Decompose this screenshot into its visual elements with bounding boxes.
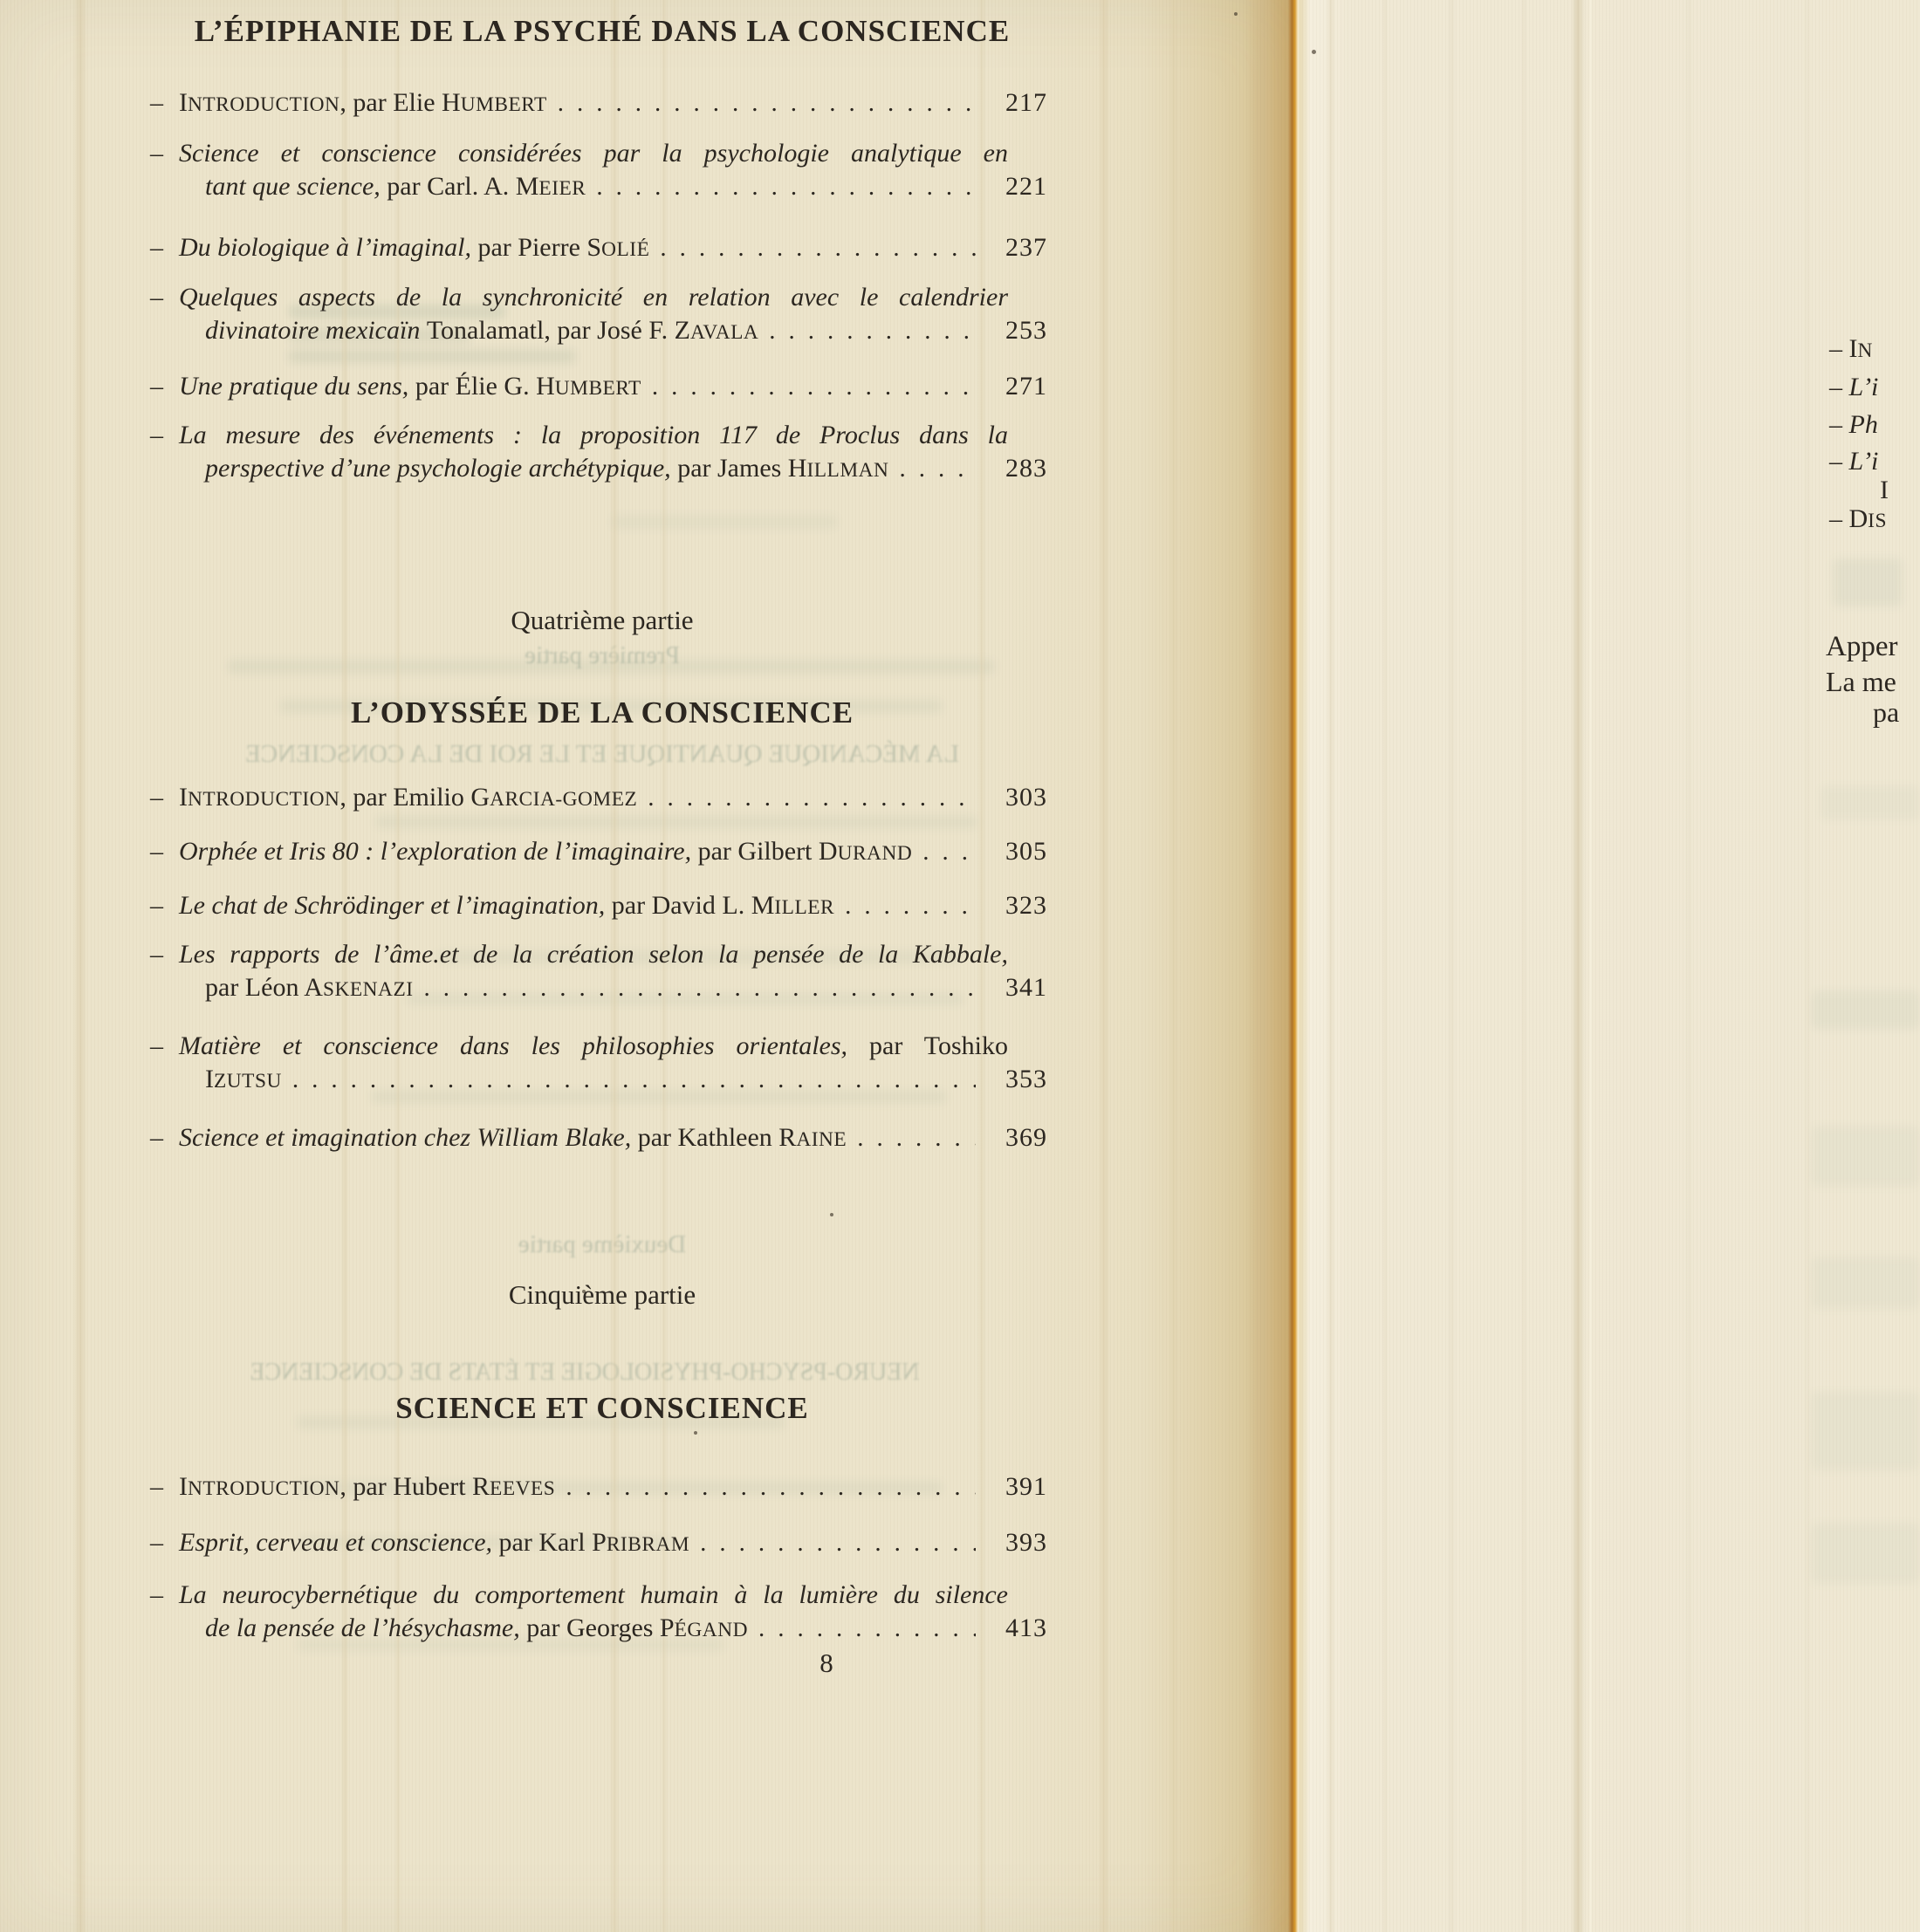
dots-leader: ........................................…	[758, 315, 976, 346]
entry-text: Science et imagination chez William Blak…	[179, 1123, 631, 1152]
entry-text: par Carl. A. MEIER	[381, 172, 586, 201]
entry-text: par David L. MILLER	[605, 891, 834, 920]
entry-dash: –	[150, 371, 163, 402]
right-page-fragment: Apper	[1826, 631, 1897, 663]
toc-line: IZUTSU..................................…	[205, 1064, 1047, 1097]
entry-dash: –	[150, 836, 163, 867]
part4-title: L’ODYSSÉE DE LA CONSCIENCE	[122, 695, 1082, 730]
entry-text: par Kathleen RAINE	[631, 1123, 847, 1152]
entry-text: La neurocybernétique du comportement hum…	[179, 1580, 1008, 1609]
toc-line: de la pensée de l’hésychasme, par George…	[205, 1613, 1047, 1646]
page-ref: 217	[976, 87, 1047, 119]
entry-text: perspective d’une psychologie archétypiq…	[205, 454, 671, 483]
page-ref: 323	[976, 890, 1047, 921]
toc-line: –INTRODUCTION, par Elie HUMBERT.........…	[179, 87, 1047, 120]
toc-line: –INTRODUCTION, par Hubert REEVES........…	[179, 1471, 1047, 1504]
entry-text: Le chat de Schrödinger et l’imagination,	[179, 891, 605, 920]
page-ref: 305	[976, 836, 1047, 867]
entry-text: Matière et conscience dans les philosoph…	[179, 1031, 847, 1060]
dots-leader: ........................................…	[689, 1527, 976, 1559]
entry-text: par Élie G. HUMBERT	[408, 372, 641, 401]
toc-line: –Une pratique du sens, par Élie G. HUMBE…	[179, 371, 1047, 404]
dots-leader: ........................................…	[555, 1471, 976, 1503]
page-ref: 413	[976, 1613, 1047, 1644]
part5-title: SCIENCE ET CONSCIENCE	[122, 1391, 1082, 1426]
toc-line: –Du biologique à l’imaginal, par Pierre …	[179, 232, 1047, 265]
dots-leader: ........................................…	[414, 972, 976, 1004]
toc-line: perspective d’une psychologie archétypiq…	[205, 453, 1047, 486]
entry-text: de la pensée de l’hésychasme,	[205, 1613, 520, 1642]
toc-line: –Science et imagination chez William Bla…	[179, 1122, 1047, 1155]
toc-line: tant que science, par Carl. A. MEIER....…	[205, 171, 1047, 204]
dots-leader: ........................................…	[912, 836, 976, 867]
entry-text: divinatoire mexicaïn	[205, 316, 427, 345]
entry-dash: –	[150, 939, 163, 970]
right-page-fragment: – L’i	[1829, 447, 1878, 476]
entry-text: Orphée et Iris 80 : l’exploration de l’i…	[179, 837, 691, 866]
toc-line: –INTRODUCTION, par Emilio GARCIA-GOMEZ..…	[179, 782, 1047, 815]
entry-text: Les rapports de l’âme.et de la création …	[179, 940, 1008, 969]
page-ref: 303	[976, 782, 1047, 813]
entry-text: Quelques aspects de la synchronicité en …	[179, 283, 1008, 312]
dots-leader: ........................................…	[586, 171, 976, 202]
right-page-fragment: – IN	[1829, 334, 1873, 364]
right-page-fragment: pa	[1873, 696, 1899, 729]
right-page-fragment: La me	[1826, 666, 1896, 698]
toc-line: –Le chat de Schrödinger et l’imagination…	[179, 890, 1047, 923]
page-ref: 341	[976, 972, 1047, 1004]
entry-dash: –	[150, 232, 163, 264]
entry-dash: –	[150, 420, 163, 451]
toc-line: –Esprit, cerveau et conscience, par Karl…	[179, 1527, 1047, 1560]
page-ref: 283	[976, 453, 1047, 484]
entry-text: Tonalamatl, par José F. ZAVALA	[427, 316, 758, 345]
entry-text: par Karl PRIBRAM	[492, 1528, 689, 1557]
dots-leader: ........................................…	[641, 371, 976, 402]
entry-dash: –	[150, 1122, 163, 1154]
entry-text: par Toshiko	[847, 1031, 1008, 1060]
right-page-fragment: – L’i	[1829, 373, 1878, 402]
entry-text: Une pratique du sens,	[179, 372, 408, 401]
dots-leader: ........................................…	[637, 782, 976, 813]
toc-line: –Les rapports de l’âme.et de la création…	[179, 939, 1008, 970]
entry-text: INTRODUCTION, par Elie HUMBERT	[179, 88, 547, 117]
page-ref: 271	[976, 371, 1047, 402]
page-ref: 353	[976, 1064, 1047, 1095]
entry-dash: –	[150, 1579, 163, 1611]
entry-text: INTRODUCTION, par Hubert REEVES	[179, 1472, 555, 1501]
part5-label: Cinquième partie	[122, 1279, 1082, 1311]
toc-line: divinatoire mexicaïn Tonalamatl, par Jos…	[205, 315, 1047, 348]
text-layer: L’ÉPIPHANIE DE LA PSYCHÉ DANS LA CONSCIE…	[0, 0, 1920, 1932]
right-page-fragment: I	[1880, 476, 1889, 505]
entry-text: Du biologique à l’imaginal,	[179, 233, 471, 262]
entry-dash: –	[150, 1471, 163, 1503]
page-ref: 391	[976, 1471, 1047, 1503]
entry-text: par Gilbert DURAND	[691, 837, 912, 866]
toc-line: –Matière et conscience dans les philosop…	[179, 1031, 1008, 1062]
entry-dash: –	[150, 87, 163, 119]
page-ref: 221	[976, 171, 1047, 202]
book-spread-scan: L’ÉPIPHANIE DE LA PSYCHÉ DANS LA CONSCIE…	[0, 0, 1920, 1932]
entry-dash: –	[150, 782, 163, 813]
toc-line: –Orphée et Iris 80 : l’exploration de l’…	[179, 836, 1047, 869]
entry-text: par Léon ASKENAZI	[205, 973, 414, 1002]
entry-dash: –	[150, 138, 163, 169]
toc-line: par Léon ASKENAZI.......................…	[205, 972, 1047, 1005]
entry-text: Esprit, cerveau et conscience,	[179, 1528, 492, 1557]
entry-dash: –	[150, 282, 163, 313]
right-page-fragment: – Ph	[1829, 410, 1878, 440]
part3-title: L’ÉPIPHANIE DE LA PSYCHÉ DANS LA CONSCIE…	[122, 14, 1082, 49]
page-ref: 253	[976, 315, 1047, 346]
entry-text: par James HILLMAN	[671, 454, 889, 483]
toc-line: –Quelques aspects de la synchronicité en…	[179, 282, 1008, 313]
dots-leader: ........................................…	[748, 1613, 976, 1644]
dots-leader: ........................................…	[547, 87, 976, 119]
entry-text: IZUTSU	[205, 1065, 282, 1093]
entry-text: par Pierre SOLIÉ	[471, 233, 649, 262]
dots-leader: ........................................…	[888, 453, 976, 484]
entry-dash: –	[150, 890, 163, 921]
part4-label: Quatrième partie	[122, 605, 1082, 636]
toc-line: –Science et conscience considérées par l…	[179, 138, 1008, 169]
page-ref: 237	[976, 232, 1047, 264]
dots-leader: ........................................…	[649, 232, 976, 264]
entry-dash: –	[150, 1031, 163, 1062]
entry-dash: –	[150, 1527, 163, 1559]
left-page-number: 8	[785, 1648, 867, 1679]
toc-line: –La mesure des événements : la propositi…	[179, 420, 1008, 451]
dots-leader: ........................................…	[834, 890, 976, 921]
right-page-fragment: – DIS	[1829, 504, 1887, 534]
page-ref: 393	[976, 1527, 1047, 1559]
toc-line: –La neurocybernétique du comportement hu…	[179, 1579, 1008, 1611]
entry-text: par Georges PÉGAND	[520, 1613, 748, 1642]
entry-text: tant que science,	[205, 172, 381, 201]
dots-leader: ........................................…	[847, 1122, 976, 1154]
entry-text: La mesure des événements : la propositio…	[179, 421, 1008, 449]
entry-text: INTRODUCTION, par Emilio GARCIA-GOMEZ	[179, 783, 637, 812]
dots-leader: ........................................…	[282, 1064, 976, 1095]
entry-text: Science et conscience considérées par la…	[179, 139, 1008, 168]
page-ref: 369	[976, 1122, 1047, 1154]
